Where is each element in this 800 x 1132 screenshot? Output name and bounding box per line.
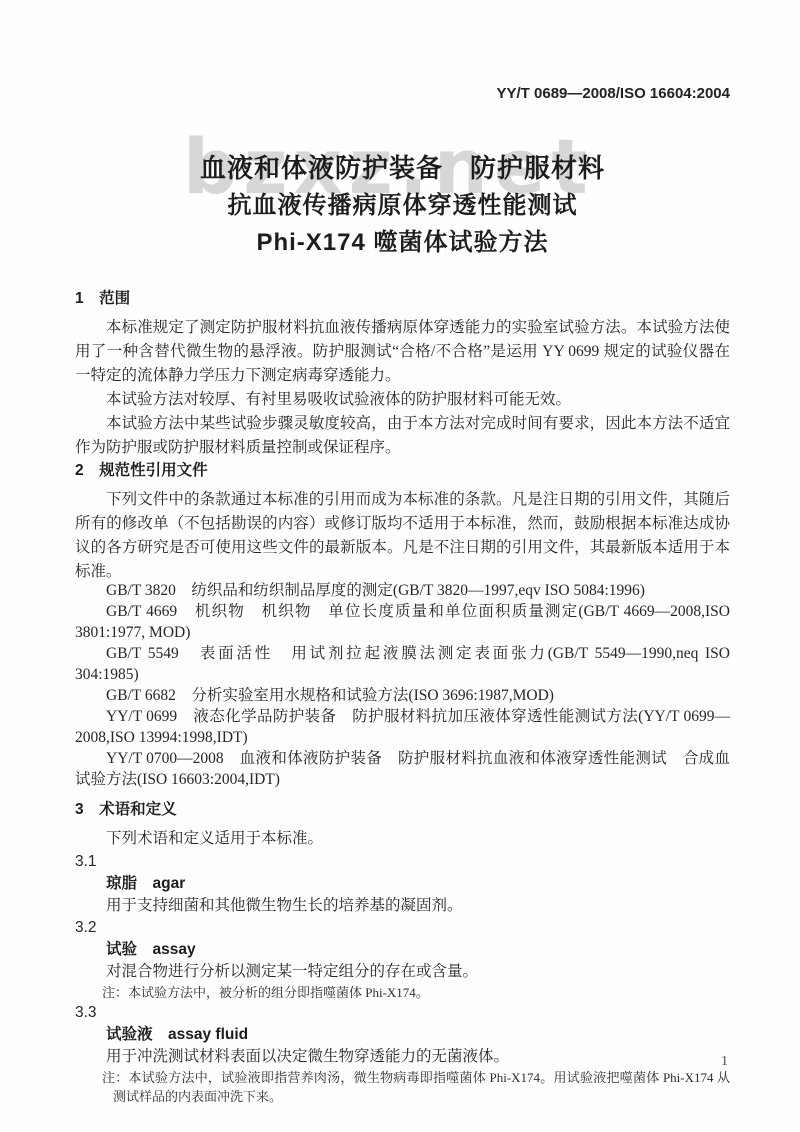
term-definition: 用于冲洗测试材料表面以决定微生物穿透能力的无菌液体。 — [75, 1046, 730, 1068]
term-entry: 3.2 试验 assay 对混合物进行分析以测定某一特定组分的存在或含量。 注：… — [75, 917, 730, 1002]
section-2-heading: 2 规范性引用文件 — [75, 460, 730, 482]
standard-code: YY/T 0689—2008/ISO 16604:2004 — [75, 0, 730, 102]
section-3-heading: 3 术语和定义 — [75, 799, 730, 821]
reference-item: GB/T 3820 纺织品和纺织制品厚度的测定(GB/T 3820—1997,e… — [75, 580, 730, 601]
reference-item: YY/T 0700—2008 血液和体液防护装备 防护服材料抗血液和体液穿透性能… — [75, 748, 730, 790]
section-1-paragraph-1: 本标准规定了测定防护服材料抗血液传播病原体穿透能力的实验室试验方法。本试验方法使… — [75, 316, 730, 388]
section-3-intro: 下列术语和定义适用于本标准。 — [75, 827, 730, 851]
title-line-1: 血液和体液防护装备 防护服材料 — [75, 150, 730, 187]
term-entry: 3.1 琼脂 agar 用于支持细菌和其他微生物生长的培养基的凝固剂。 — [75, 851, 730, 917]
term-number: 3.1 — [75, 851, 730, 873]
section-2-intro: 下列文件中的条款通过本标准的引用而成为本标准的条款。凡是注日期的引用文件，其随后… — [75, 488, 730, 584]
term-name: 试验液 assay fluid — [75, 1024, 730, 1046]
reference-item: YY/T 0699 液态化学品防护装备 防护服材料抗加压液体穿透性能测试方法(Y… — [75, 706, 730, 748]
term-note: 注：本试验方法中，试验液即指营养肉汤，微生物病毒即指噬菌体 Phi-X174。用… — [75, 1068, 730, 1106]
term-number: 3.3 — [75, 1002, 730, 1024]
title-line-2: 抗血液传播病原体穿透性能测试 — [75, 187, 730, 224]
section-1-paragraph-3: 本试验方法中某些试验步骤灵敏度较高，由于本方法对完成时间有要求，因此本方法不适宜… — [75, 412, 730, 460]
title-line-3: Phi-X174 噬菌体试验方法 — [75, 224, 730, 261]
term-entry: 3.3 试验液 assay fluid 用于冲洗测试材料表面以决定微生物穿透能力… — [75, 1002, 730, 1106]
reference-item: GB/T 6682 分析实验室用水规格和试验方法(ISO 3696:1987,M… — [75, 685, 730, 706]
term-name: 试验 assay — [75, 939, 730, 961]
term-definition: 对混合物进行分析以测定某一特定组分的存在或含量。 — [75, 961, 730, 983]
term-definition: 用于支持细菌和其他微生物生长的培养基的凝固剂。 — [75, 895, 730, 917]
page-content: YY/T 0689—2008/ISO 16604:2004 血液和体液防护装备 … — [75, 0, 730, 1106]
page-number: 1 — [721, 1054, 728, 1070]
document-page: bzxz.net YY/T 0689—2008/ISO 16604:2004 血… — [0, 0, 800, 1132]
reference-item: GB/T 4669 机织物 机织物 单位长度质量和单位面积质量测定(GB/T 4… — [75, 601, 730, 643]
term-note: 注：本试验方法中，被分析的组分即指噬菌体 Phi-X174。 — [75, 983, 730, 1002]
reference-item: GB/T 5549 表面活性 用试剂拉起液膜法测定表面张力(GB/T 5549—… — [75, 643, 730, 685]
document-title: 血液和体液防护装备 防护服材料 抗血液传播病原体穿透性能测试 Phi-X174 … — [75, 150, 730, 261]
section-1-paragraph-2: 本试验方法对较厚、有衬里易吸收试验液体的防护服材料可能无效。 — [75, 388, 730, 412]
term-number: 3.2 — [75, 917, 730, 939]
term-name: 琼脂 agar — [75, 873, 730, 895]
section-1-heading: 1 范围 — [75, 288, 730, 310]
